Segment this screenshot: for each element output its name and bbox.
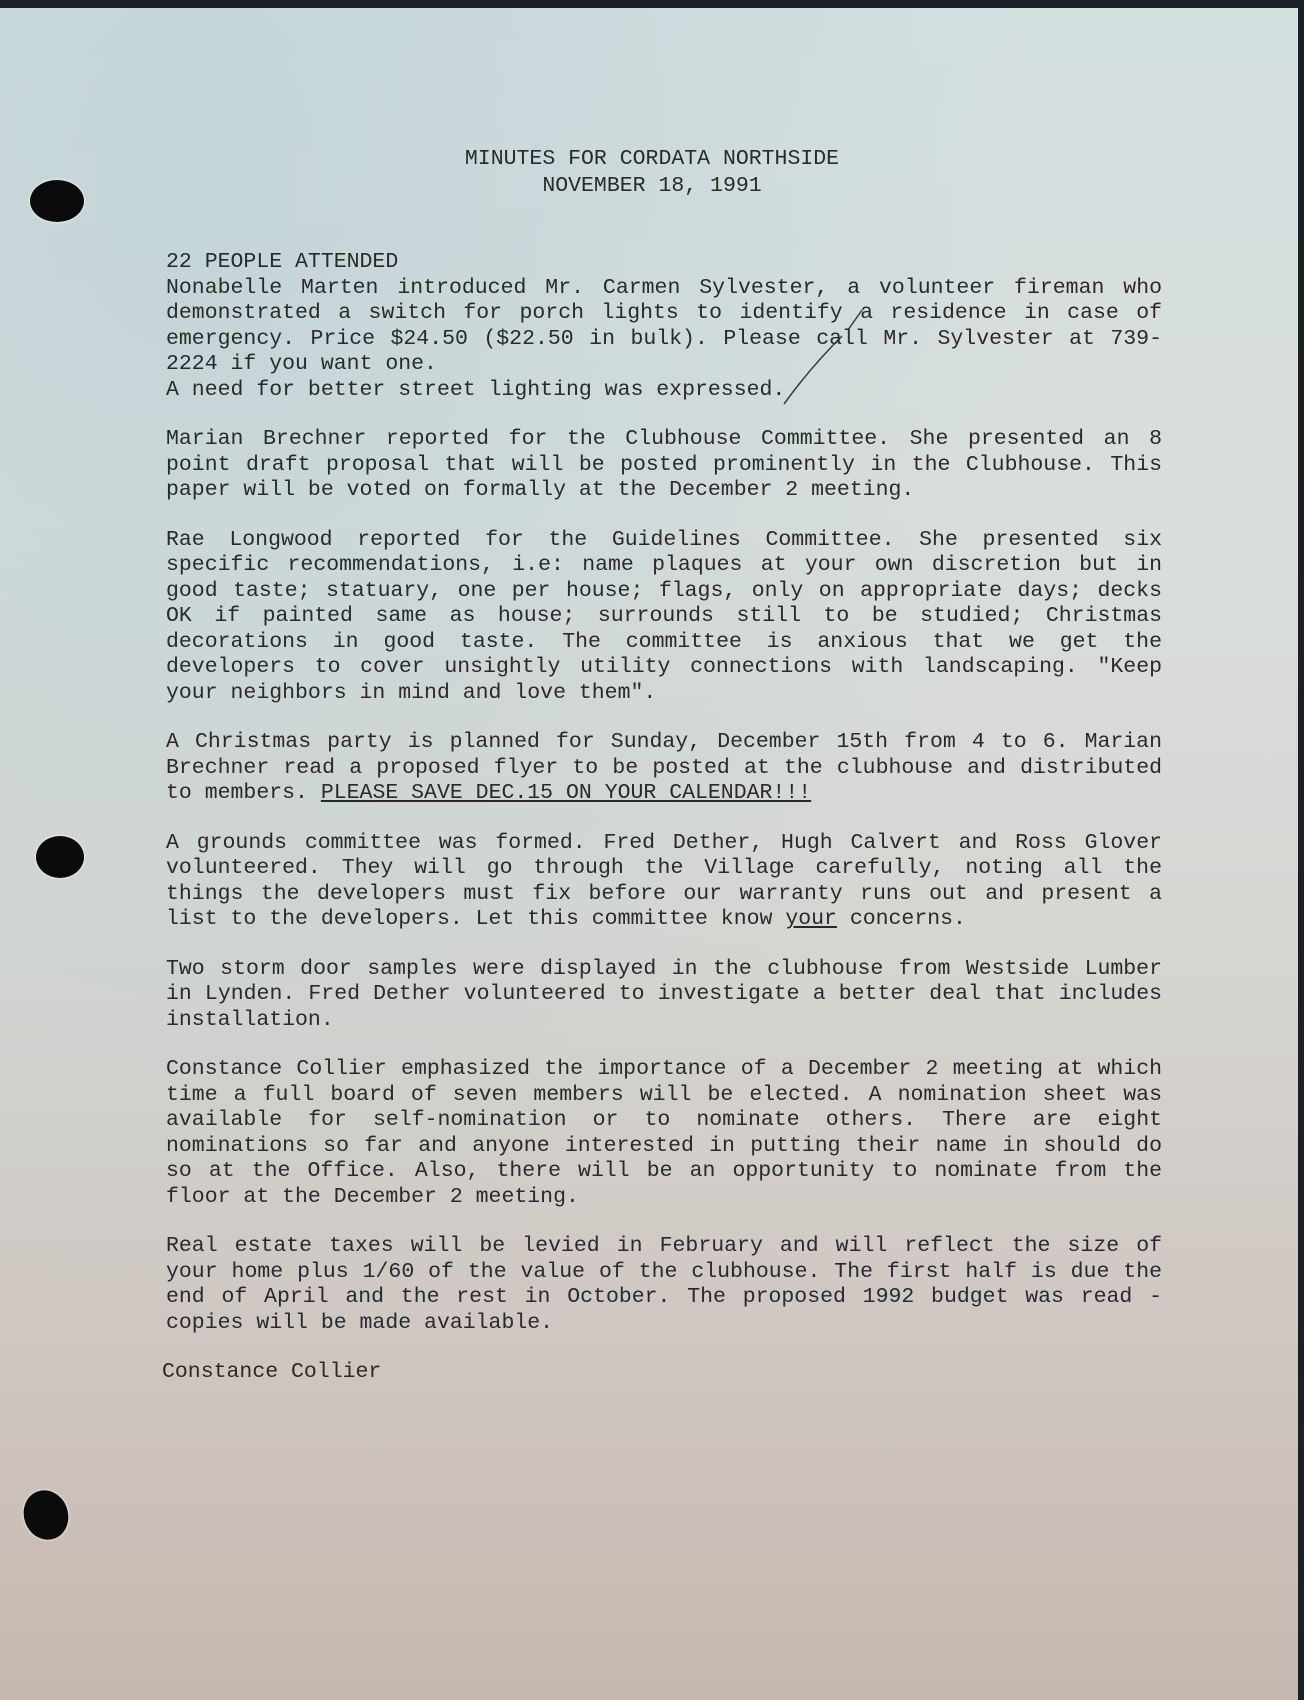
save-the-date-notice: PLEASE SAVE DEC.15 ON YOUR CALENDAR!!! [321,781,811,805]
paragraph-christmas: A Christmas party is planned for Sunday,… [166,730,1162,807]
paragraph-fireman: Nonabelle Marten introduced Mr. Carmen S… [166,276,1162,404]
document-header: MINUTES FOR CORDATA NORTHSIDE NOVEMBER 1… [142,146,1162,200]
signature: Constance Collier [162,1360,1162,1386]
punch-hole [17,1484,75,1546]
document-title: MINUTES FOR CORDATA NORTHSIDE [142,146,1162,173]
emphasis-your: your [785,907,837,931]
paragraph-clubhouse: Marian Brechner reported for the Clubhou… [166,427,1162,504]
paragraph-taxes: Real estate taxes will be levied in Febr… [166,1234,1162,1336]
paragraph-guidelines: Rae Longwood reported for the Guidelines… [166,528,1162,707]
paragraph-storm-doors: Two storm door samples were displayed in… [166,957,1162,1034]
attendance-line: 22 PEOPLE ATTENDED [166,250,1162,276]
punch-hole [30,180,84,222]
paragraph-elections: Constance Collier emphasized the importa… [166,1057,1162,1210]
document-body: MINUTES FOR CORDATA NORTHSIDE NOVEMBER 1… [166,146,1162,1386]
document-date: NOVEMBER 18, 1991 [142,173,1162,200]
scanned-page: MINUTES FOR CORDATA NORTHSIDE NOVEMBER 1… [0,8,1298,1700]
punch-hole [36,836,84,878]
paragraph-grounds: A grounds committee was formed. Fred Det… [166,831,1162,933]
street-lighting-note: A need for better street lighting was ex… [166,378,1162,404]
